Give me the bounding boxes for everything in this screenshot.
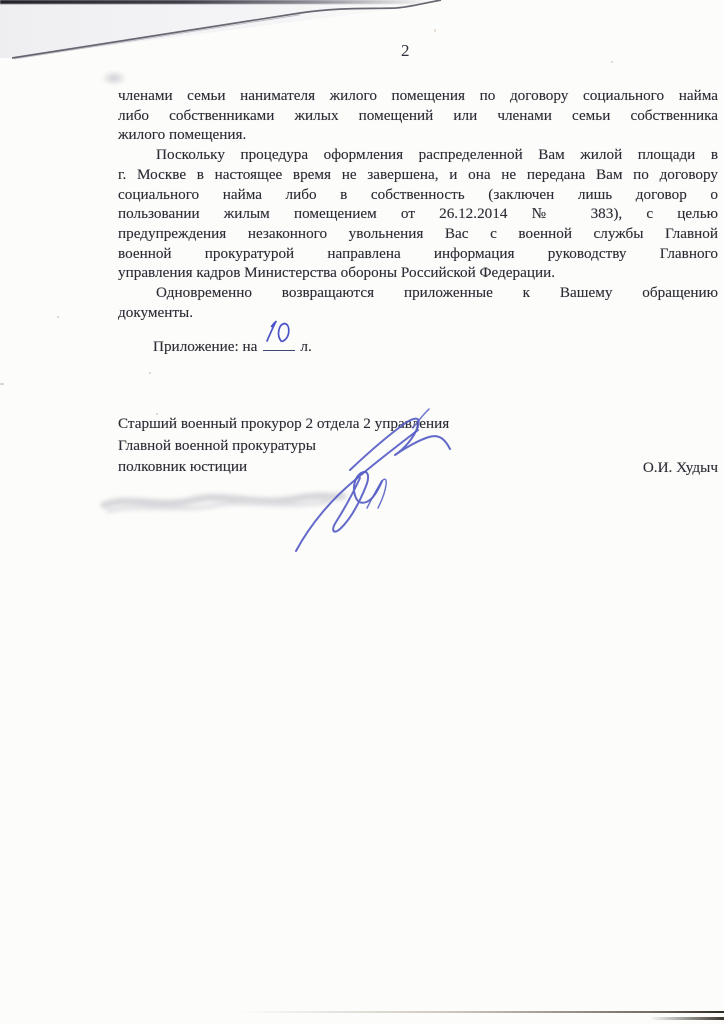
body-line: военной прокуратурой направлена информац…: [118, 244, 718, 264]
scan-speck: [57, 316, 59, 318]
scan-top-edge-shadow: [0, 0, 458, 4]
attachment-label: Приложение: на: [153, 338, 257, 355]
body-line: управления кадров Министерства обороны Р…: [118, 263, 718, 283]
signer-name: О.И. Худыч: [643, 457, 718, 479]
paragraph-3: Одновременно возвращаются приложенные к …: [118, 283, 718, 322]
scan-ghost-mark: [101, 70, 127, 86]
scan-speck: [149, 372, 151, 374]
body-line: пользовании жилым помещением от 26.12.20…: [118, 204, 718, 224]
handwritten-count: [264, 320, 294, 350]
body-line: членами семьи нанимателя жилого помещени…: [118, 86, 718, 106]
attachment-line: Приложение: на л.: [118, 336, 312, 357]
scan-speck: [0, 383, 4, 385]
body-line: документы.: [118, 303, 718, 323]
document-body: членами семьи нанимателя жилого помещени…: [118, 86, 718, 322]
body-line: г. Москве в настоящее время не завершена…: [118, 165, 718, 185]
handwritten-signature: [263, 390, 468, 565]
scan-bottom-edge-line: [652, 1017, 724, 1020]
body-line: социального найма либо в собственность (…: [118, 185, 718, 205]
body-line: Одновременно возвращаются приложенные к …: [118, 283, 718, 303]
paragraph-1: членами семьи нанимателя жилого помещени…: [118, 86, 718, 145]
scan-bottom-edge-line: [238, 1011, 724, 1013]
scanned-document-page: 2 членами семьи нанимателя жилого помеще…: [0, 0, 724, 1024]
body-line: жилого помещения.: [118, 125, 718, 145]
paragraph-2: Поскольку процедура оформления распредел…: [118, 145, 718, 283]
attachment-suffix: л.: [300, 338, 311, 355]
body-line: либо собственниками жилых помещений или …: [118, 106, 718, 126]
attachment-count-blank: [263, 336, 295, 351]
scan-page-fold-artifact: [0, 0, 724, 70]
body-line: Поскольку процедура оформления распредел…: [118, 145, 718, 165]
body-line: предупреждения незаконного увольнения Ва…: [118, 224, 718, 244]
